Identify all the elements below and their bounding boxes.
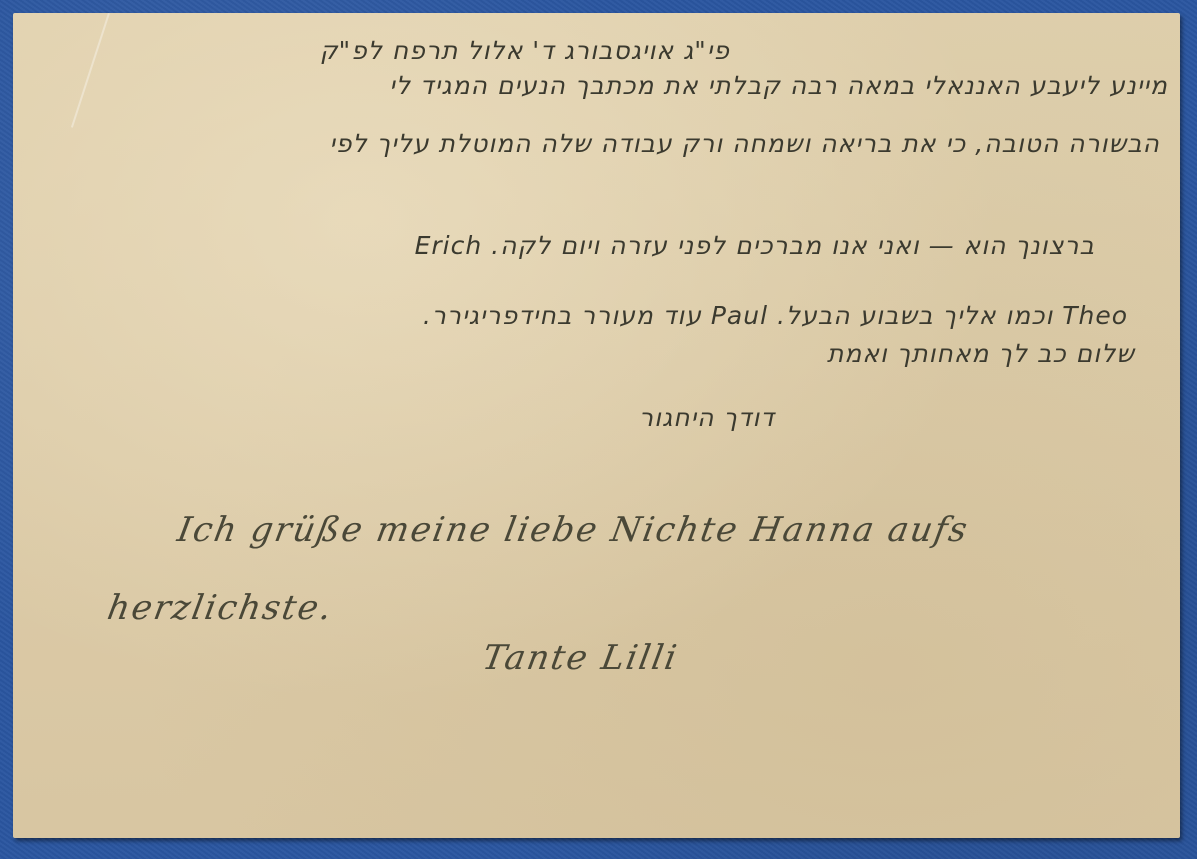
- hebrew-line-3: ברצונך הוא — ואני אנו מברכים לפני עזרה ו…: [75, 233, 1095, 258]
- hebrew-line-2: הבשורה הטובה, כי את בריאה ושמחה ורק עבוד…: [140, 131, 1160, 156]
- hebrew-line-1: מיינע ליעבע האננאלי במאה רבה קבלתי את מכ…: [148, 73, 1168, 98]
- paper-crease: [71, 13, 110, 128]
- hebrew-signature: דודך היחגור: [475, 405, 775, 430]
- hebrew-line-5: שלום כב לך מאחותך ואמת: [135, 341, 1135, 366]
- german-note-signature: Tante Lilli: [480, 641, 681, 675]
- german-note-line-1: Ich grüße meine liebe Nichte Hanna aufs: [175, 513, 972, 547]
- german-note-line-2: herzlichste.: [105, 591, 336, 625]
- hebrew-header-line: פי"ג אויגסבורג ד' אלול תרפח לפ"ק: [170, 38, 730, 63]
- hebrew-line-4: Theo וכמו אליך בשבוע הבעל. Paul עוד מעור…: [108, 303, 1128, 328]
- postcard: פי"ג אויגסבורג ד' אלול תרפח לפ"ק מיינע ל…: [13, 13, 1180, 838]
